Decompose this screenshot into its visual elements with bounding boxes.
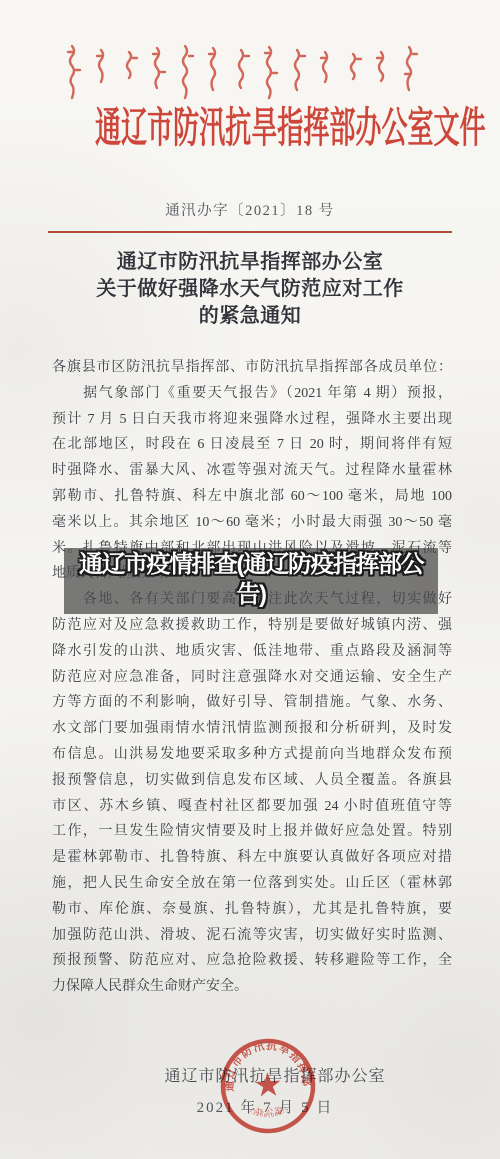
body-line: 防范应对应急准备，同时注意强降水对交通运输、安全生产	[52, 665, 452, 691]
body-line: 在北部地区，时段在 6 日凌晨至 7 日 20 时，期间将伴有短	[52, 432, 452, 458]
document-body: 各旗县市区防汛抗旱指挥部、市防汛抗旱指挥部各成员单位： 据气象部门《重要天气报告…	[52, 355, 452, 1000]
body-line: 是霍林郭勒市、扎鲁特旗、科左中旗要认真做好各项应对措	[52, 845, 452, 871]
body-line: 方等方面的不利影响，做好引导、管制措施。气象、水务、	[52, 690, 452, 716]
title-line-1: 通辽市防汛抗旱指挥部办公室	[0, 249, 500, 276]
official-seal-icon: 通辽市防汛抗旱指挥部 ★ 办公室 15258100075	[205, 1023, 331, 1149]
body-line: 市区、苏木乡镇、嘎查村社区都要加强 24 小时值班值守等	[52, 794, 452, 820]
body-line: 布信息。山洪易发地要采取多种方式提前向当地群众发布预	[52, 742, 452, 768]
headline-overlay: 通辽市疫情排查(通辽防疫指挥部公 告)	[64, 548, 438, 614]
title-line-3: 的紧急通知	[0, 303, 500, 330]
body-line: 勒市、库伦旗、奈曼旗、扎鲁特旗），尤其是扎鲁特旗，要	[52, 897, 452, 923]
document-number: 通汛办字〔2021〕18 号	[0, 199, 500, 220]
body-line: 水文部门要加强雨情水情汛情监测预报和分析研判，及时发	[52, 716, 452, 742]
red-divider-line	[48, 231, 452, 233]
body-line: 郭勒市、扎鲁特旗、科左中旗北部 60～100 毫米，局地 100	[52, 484, 452, 510]
body-line: 降水引发的山洪、地质灾害、低洼地带、重点路段及涵洞等	[52, 639, 452, 665]
body-line: 施，把人民生命安全放在第一位落到实处。山丘区（霍林郭	[52, 871, 452, 897]
seal-star-icon: ★	[252, 1067, 283, 1104]
body-line: 毫米以上。其余地区 10～60 毫米；小时最大雨强 30～50 毫	[52, 510, 452, 536]
headline-overlay-line-2: 告)	[237, 580, 266, 610]
scanned-official-document: 通辽市防汛抗旱指挥部办公室文件 通汛办字〔2021〕18 号 通辽市防汛抗旱指挥…	[0, 0, 500, 1159]
document-title: 通辽市防汛抗旱指挥部办公室 关于做好强降水天气防范应对工作 的紧急通知	[0, 249, 500, 330]
body-line: 报预警信息，切实做到信息发布区域、人员全覆盖。各旗县	[52, 768, 452, 794]
body-line: 预计 7 月 5 日白天我市将迎来强降水过程，强降水主要出现	[52, 407, 452, 433]
body-line: 防范应对及应急救援救助工作，特别是要做好城镇内涝、强	[52, 613, 452, 639]
body-line: 时强降水、雷暴大风、冰雹等强对流天气。过程降水量霍林	[52, 458, 452, 484]
body-line: 预报预警、防范应对、应急抢险救援、转移避险等工作，全	[52, 948, 452, 974]
body-line: 加强防范山洪、滑坡、泥石流等灾害，切实做好实时监测、	[52, 923, 452, 949]
body-line: 各旗县市区防汛抗旱指挥部、市防汛抗旱指挥部各成员单位：	[52, 355, 452, 381]
mongolian-script-icon	[62, 42, 438, 104]
body-line: 力保障人民群众生命财产安全。	[52, 974, 452, 1000]
body-line: 工作，一旦发生险情灾情要及时上报并做好应急处置。特别	[52, 819, 452, 845]
document-masthead: 通辽市防汛抗旱指挥部办公室文件	[95, 101, 405, 157]
headline-overlay-line-1: 通辽市疫情排查(通辽防疫指挥部公	[79, 550, 423, 580]
body-line: 据气象部门《重要天气报告》（2021 年第 4 期）预报，	[52, 381, 452, 407]
title-line-2: 关于做好强降水天气防范应对工作	[0, 276, 500, 303]
